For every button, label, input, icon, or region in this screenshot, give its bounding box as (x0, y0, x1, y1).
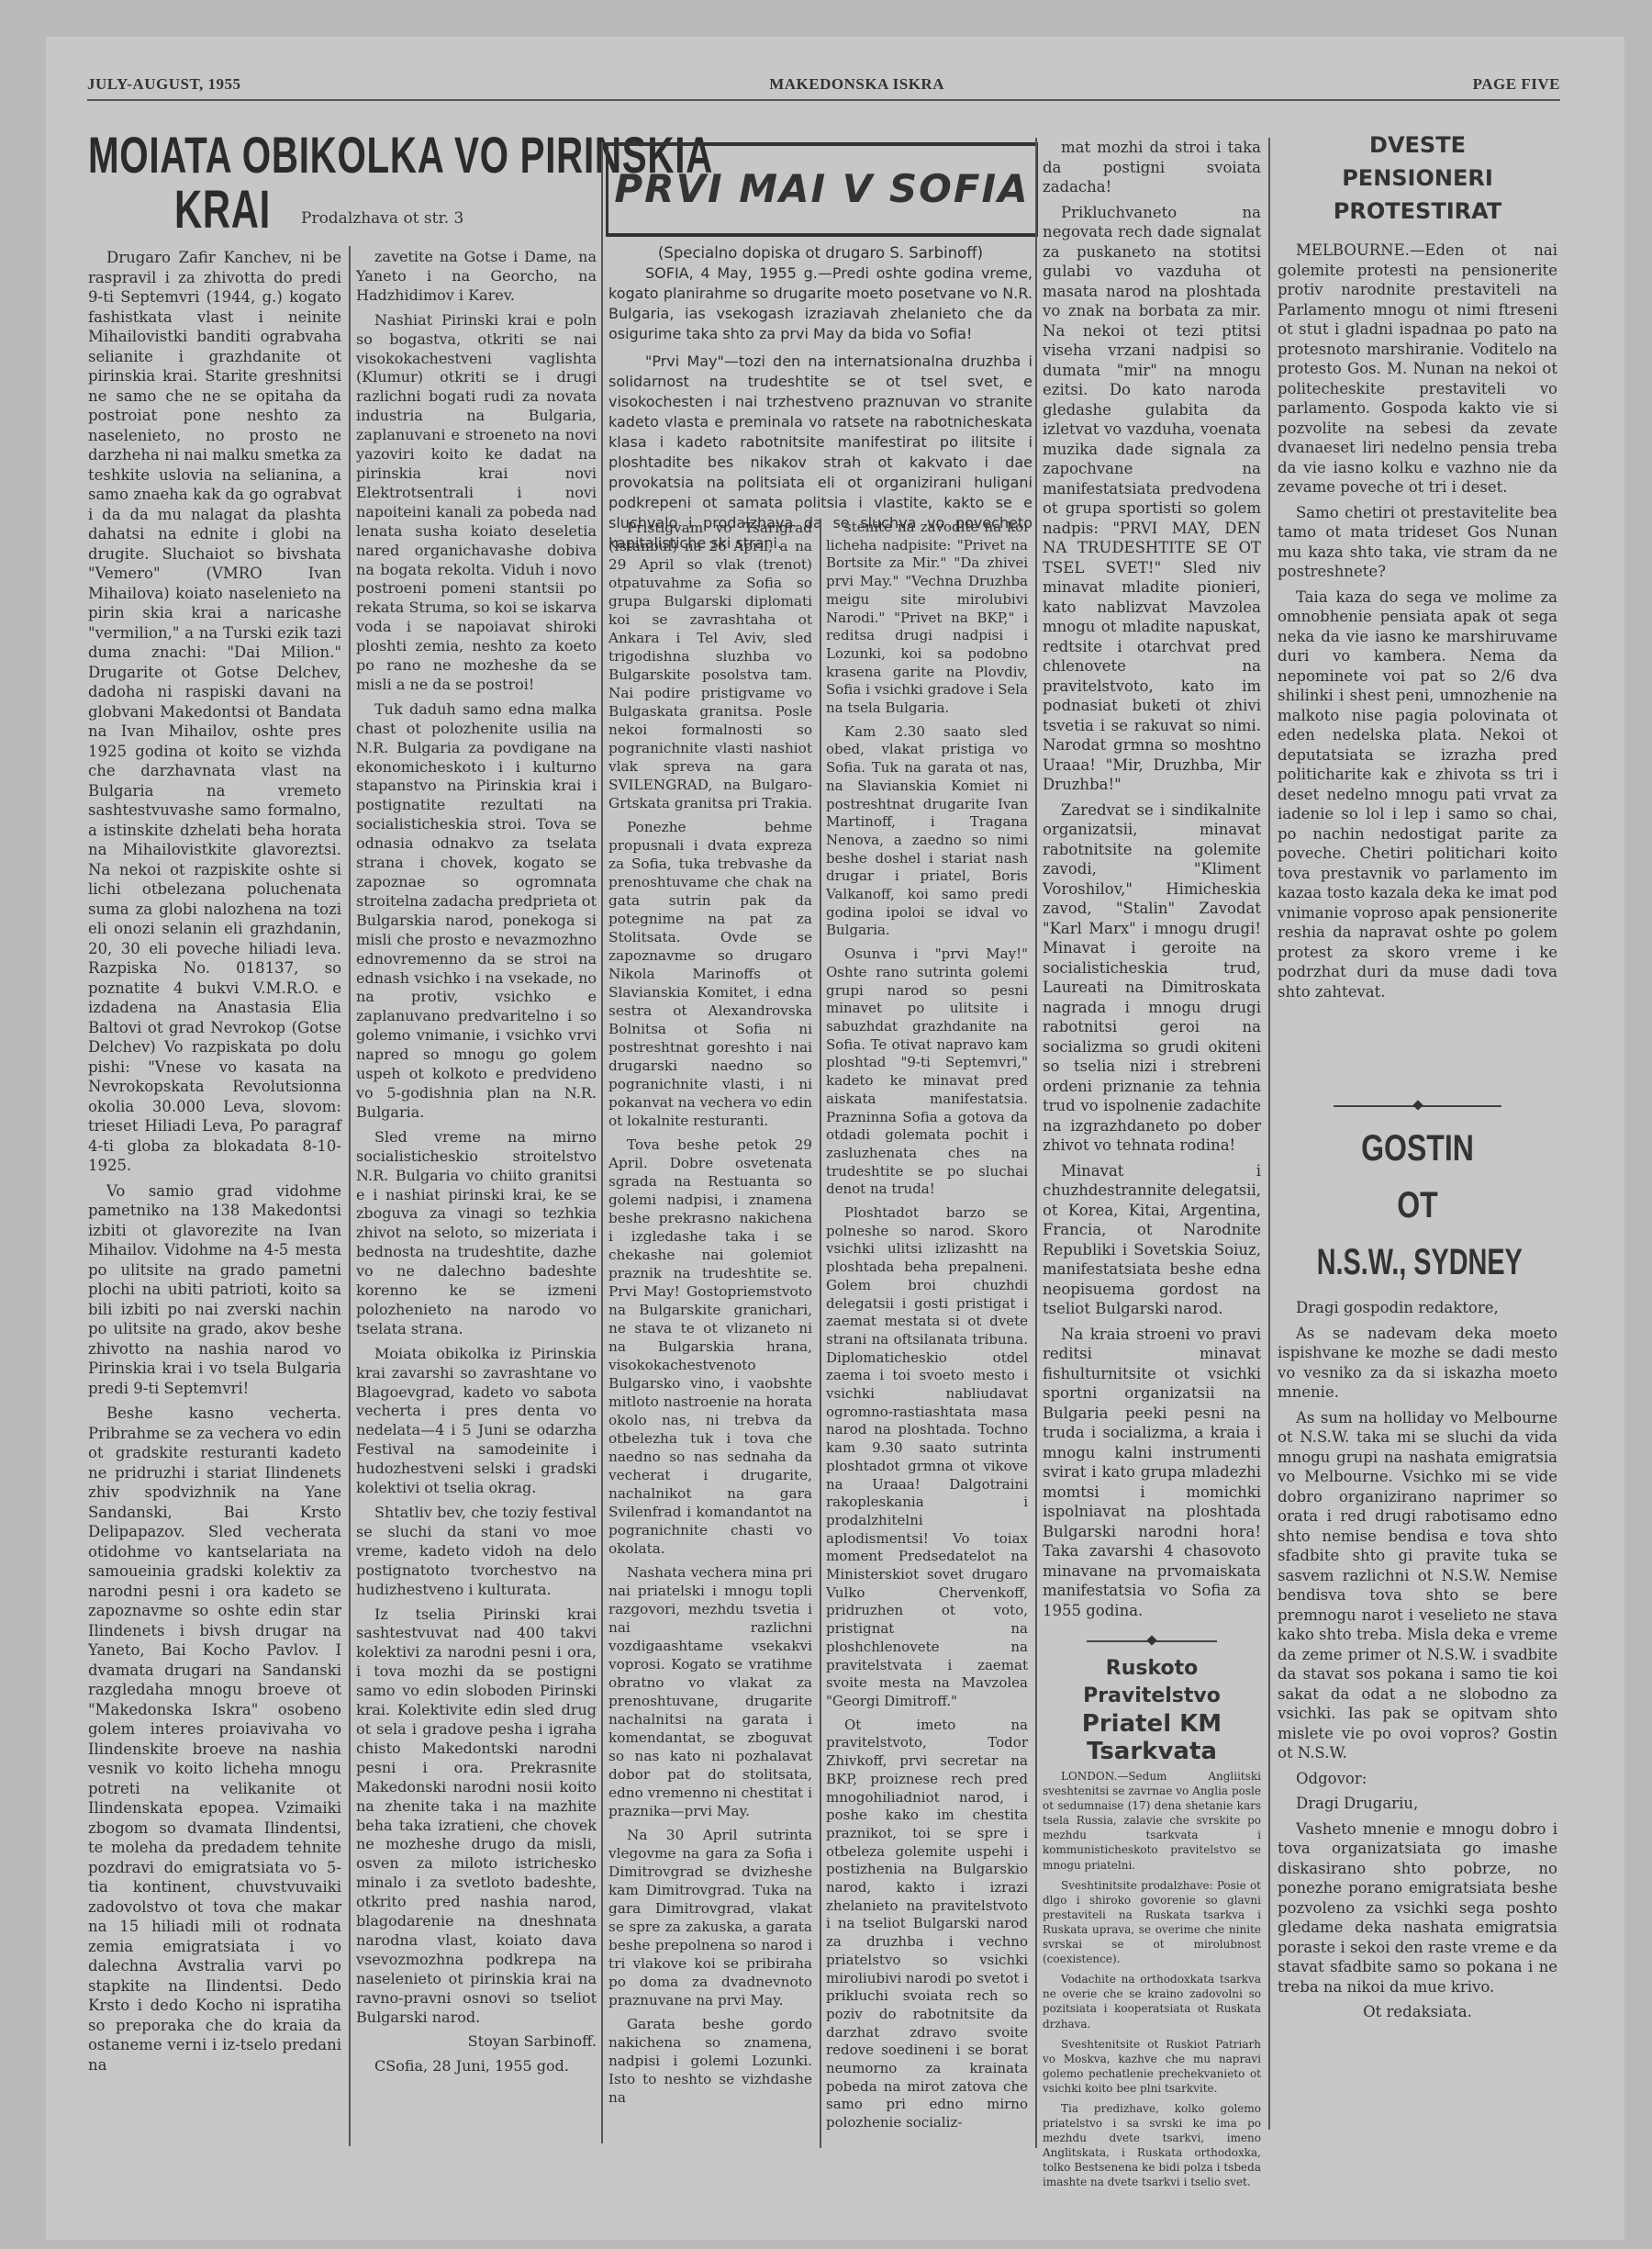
ornament-divider (1087, 1635, 1218, 1648)
paragraph: Iz tselia Pirinski krai sashtestvuvat na… (356, 1606, 597, 2028)
paragraph: Na 30 April sutrinta vlegovme na gara za… (608, 1826, 812, 2009)
article4-headline-line3: PROTESTIRAT (1278, 195, 1557, 228)
article5-headline: GOSTIN OT N.S.W., SYDNEY (1278, 1120, 1557, 1291)
column-rule (1268, 138, 1270, 2130)
paragraph: Moiata obikolka iz Pirinskia krai zavars… (356, 1345, 597, 1498)
paragraph: Garata beshe gordo nakichena so znamena,… (608, 2015, 812, 2107)
paragraph: zavetite na Gotse i Dame, na Yaneto i na… (356, 248, 597, 306)
article2-headline-box: PRVI MAI V SOFIA (606, 142, 1038, 237)
article4-headline-line1: DVESTE (1278, 129, 1557, 162)
article5-body: Dragi gospodin redaktore, As se nadevam … (1278, 1298, 1557, 2022)
article4: DVESTE PENSIONERI PROTESTIRAT MELBOURNE.… (1278, 129, 1557, 994)
paragraph: mat mozhi da stroi i taka da postigni sv… (1043, 138, 1261, 197)
article-dateline: CSofia, 28 Juni, 1955 god. (356, 2057, 597, 2076)
paragraph: Beshe kasno vecherta. Pribrahme se za ve… (88, 1404, 341, 2075)
ornament-divider (1334, 1100, 1501, 1113)
paragraph: Pristigvam vo Tsarigrad (Istanbul) na 26… (608, 519, 812, 812)
column-rule (601, 142, 603, 2143)
running-head: JULY-AUGUST, 1955 MAKEDONSKA ISKRA PAGE … (87, 66, 1560, 101)
paragraph: LONDON.—Sedum Angliitski sveshtenitsi se… (1043, 1769, 1261, 1873)
article5-salutation: Dragi gospodin redaktore, (1278, 1298, 1557, 1318)
article3: Ruskoto Pravitelstvo Priatel KM Tsarkvat… (1043, 1628, 1261, 2192)
column-rule (1035, 138, 1037, 2148)
article1-column1: Drugaro Zafir Kanchev, ni be raspravil i… (88, 248, 341, 2080)
paragraph: Zaredvat se i sindikalnite organizatsii,… (1043, 800, 1261, 1156)
article5-headline-line2: OT (1306, 1177, 1530, 1234)
paragraph: Tia predizhave, kolko golemo priatelstvo… (1043, 2101, 1261, 2190)
paragraph: Osunva i "prvi May!" Oshte rano sutrinta… (826, 945, 1028, 1199)
article3-headline-line3: Tsarkvata (1043, 1738, 1261, 1765)
article4-headline-line2: PENSIONERI (1278, 162, 1557, 195)
article2-lead: (Specialno dopiska ot drugaro S. Sarbino… (608, 243, 1032, 561)
article3-body: LONDON.—Sedum Angliitski sveshtenitsi se… (1043, 1769, 1261, 2190)
paragraph: Drugaro Zafir Kanchev, ni be raspravil i… (88, 248, 341, 1176)
article2-column3: Pristigvam vo Tsarigrad (Istanbul) na 26… (608, 519, 812, 2112)
article4-body: MELBOURNE.—Eden ot nai golemite protesti… (1278, 241, 1557, 1001)
article4-headline: DVESTE PENSIONERI PROTESTIRAT (1278, 129, 1557, 228)
article5-headline-line1: GOSTIN (1306, 1120, 1530, 1177)
continued-note: Prodalzhava ot str. 3 (301, 209, 463, 228)
paragraph: Sveshtenitsite ot Ruskiot Patriarh vo Mo… (1043, 2037, 1261, 2096)
article3-headline-line1: Ruskoto Pravitelstvo (1043, 1655, 1261, 1710)
article3-headline: Ruskoto Pravitelstvo Priatel KM Tsarkvat… (1043, 1655, 1261, 1765)
reply-signature: Ot redaksiata. (1278, 2002, 1557, 2022)
column-rule (820, 519, 821, 2148)
paragraph: As sum na holliday vo Melbourne ot N.S.W… (1278, 1408, 1557, 1763)
article2-column4: stenite na zavodite na koi licheha nadpi… (826, 519, 1028, 2138)
article2-lead-paragraphs: SOFIA, 4 May, 1955 g.—Predi oshte godina… (608, 263, 1032, 554)
paragraph: MELBOURNE.—Eden ot nai golemite protesti… (1278, 241, 1557, 498)
article1-column2: zavetite na Gotse i Dame, na Yaneto i na… (356, 248, 597, 2082)
paragraph: Vo samio grad vidohme pametniko na 138 M… (88, 1181, 341, 1399)
paragraph: Prikluchvaneto na negovata rech dade sig… (1043, 203, 1261, 795)
article1-headline: MOIATA OBIKOLKA VO PIRINSKIA KRAI Prodal… (88, 129, 602, 239)
paragraph: Nashata vechera mina pri nai priatelski … (608, 1563, 812, 1820)
paragraph: Kam 2.30 saato sled obed, vlakat pristig… (826, 723, 1028, 940)
article1-headline-line1: MOIATA OBIKOLKA VO PIRINSKIA (88, 129, 458, 182)
article2-byline: (Specialno dopiska ot drugaro S. Sarbino… (608, 243, 1032, 263)
reply-salutation: Dragi Drugariu, (1278, 1794, 1557, 1814)
article2-column5: mat mozhi da stroi i taka da postigni sv… (1043, 138, 1261, 1626)
paragraph: Ot imeto na pravitelstvoto, Todor Zhivko… (826, 1717, 1028, 2132)
article5: GOSTIN OT N.S.W., SYDNEY Dragi gospodin … (1278, 1092, 1557, 2020)
paragraph: As se nadevam deka moeto ispishvane ke m… (1278, 1324, 1557, 1403)
paragraph: Sveshtinitsite prodalzhave: Posie ot dlg… (1043, 1878, 1261, 1967)
paragraph: Sled vreme na mirno socialisticheskio st… (356, 1128, 597, 1339)
publication-name: MAKEDONSKA ISKRA (769, 75, 944, 94)
paragraph: Ponezhe behme propusnali i dvata expreza… (608, 818, 812, 1130)
paragraph: Ploshtadot barzo se polneshe so narod. S… (826, 1204, 1028, 1711)
article1-headline-line2: KRAI (174, 184, 271, 237)
paragraph: Minavat i chuzhdestrannite delegatsii, o… (1043, 1161, 1261, 1319)
reply-label: Odgovor: (1278, 1769, 1557, 1789)
paragraph: Samo chetiri ot prestavitelite bea tamo … (1278, 503, 1557, 582)
paragraph: Vasheto mnenie e mnogu dobro i tova orga… (1278, 1819, 1557, 1997)
paragraph: Shtatliv bev, che toziy festival se sluc… (356, 1504, 597, 1600)
author-signature: Stoyan Sarbinoff. (356, 2032, 597, 2052)
article5-headline-line3: N.S.W., SYDNEY (1317, 1234, 1519, 1291)
paragraph: stenite na zavodite na koi licheha nadpi… (826, 519, 1028, 718)
article3-headline-line2: Priatel KM (1043, 1710, 1261, 1738)
paragraph: Taia kaza do sega ve molime za omnobheni… (1278, 587, 1557, 1002)
column-rule (349, 246, 351, 2146)
issue-date: JULY-AUGUST, 1955 (87, 75, 241, 94)
article2-headline: PRVI MAI V SOFIA (608, 166, 1035, 211)
paragraph: SOFIA, 4 May, 1955 g.—Predi oshte godina… (608, 263, 1032, 344)
page-number: PAGE FIVE (1473, 75, 1560, 94)
paragraph: Vodachite na orthodoxkata tsarkva ne ove… (1043, 1972, 1261, 2031)
paragraph: Tova beshe petok 29 April. Dobre osveten… (608, 1136, 812, 1558)
paragraph: Tuk daduh samo edna malka chast ot poloz… (356, 700, 597, 1123)
paragraph: Nashiat Pirinski krai e poln so bogastva… (356, 311, 597, 695)
paragraph: Na kraia stroeni vo pravi reditsi minava… (1043, 1325, 1261, 1621)
